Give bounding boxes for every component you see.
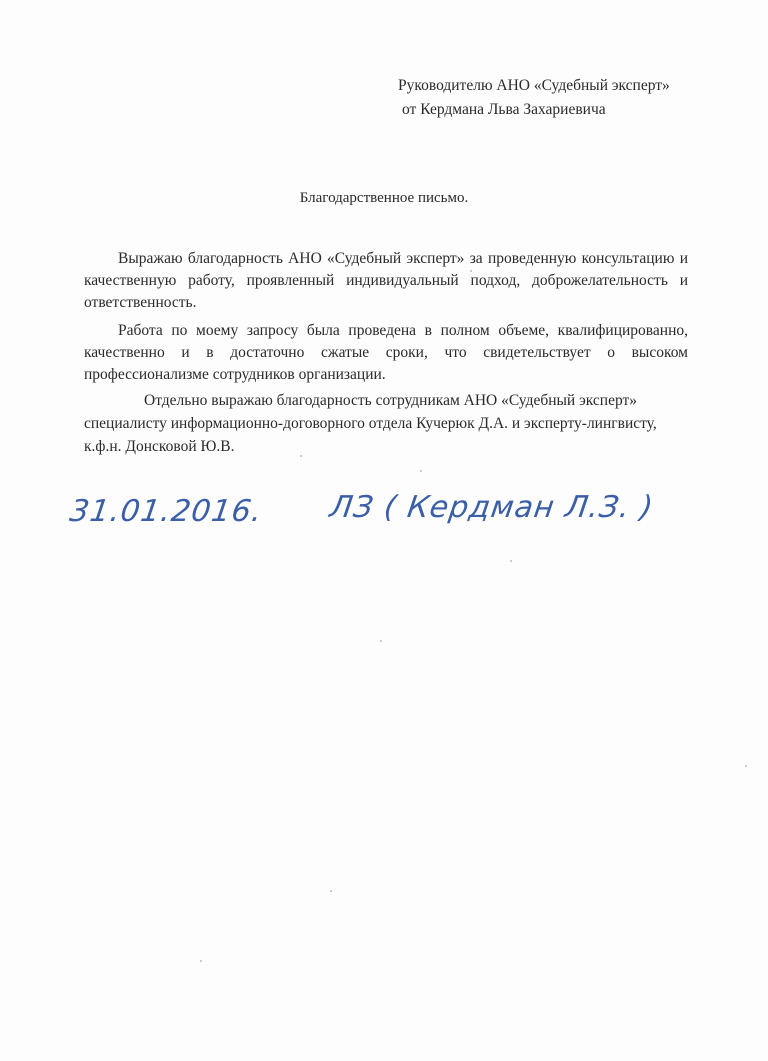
- sender-line: от Кердмана Льва Захариевича: [402, 98, 606, 122]
- letter-title: Благодарственное письмо.: [0, 190, 768, 207]
- scan-speck: [380, 640, 382, 642]
- handwritten-date: 31.01.2016.: [68, 494, 265, 529]
- scan-speck: [745, 765, 747, 767]
- handwritten-signature: ЛЗ ( Кердман Л.З. ): [328, 490, 656, 525]
- scan-speck: [330, 890, 332, 892]
- scan-speck: [300, 455, 302, 457]
- paragraph-quality: Работа по моему запросу была проведена в…: [84, 320, 688, 386]
- closing-line-3: к.ф.н. Донсковой Ю.В.: [84, 438, 235, 456]
- paragraph-gratitude: Выражаю благодарность АНО «Судебный эксп…: [84, 248, 688, 314]
- paragraph-text: Работа по моему запросу была проведена в…: [84, 320, 688, 386]
- scan-speck: [470, 270, 472, 272]
- closing-line-1: Отдельно выражаю благодарность сотрудник…: [144, 392, 637, 410]
- scan-speck: [200, 960, 202, 962]
- paragraph-text: Выражаю благодарность АНО «Судебный эксп…: [84, 248, 688, 314]
- closing-line-2: специалисту информационно-договорного от…: [84, 415, 657, 433]
- recipient-line: Руководителю АНО «Судебный эксперт»: [398, 74, 670, 98]
- scan-speck: [420, 470, 422, 472]
- letter-page: Руководителю АНО «Судебный эксперт» от К…: [0, 0, 768, 1061]
- scan-speck: [510, 560, 512, 562]
